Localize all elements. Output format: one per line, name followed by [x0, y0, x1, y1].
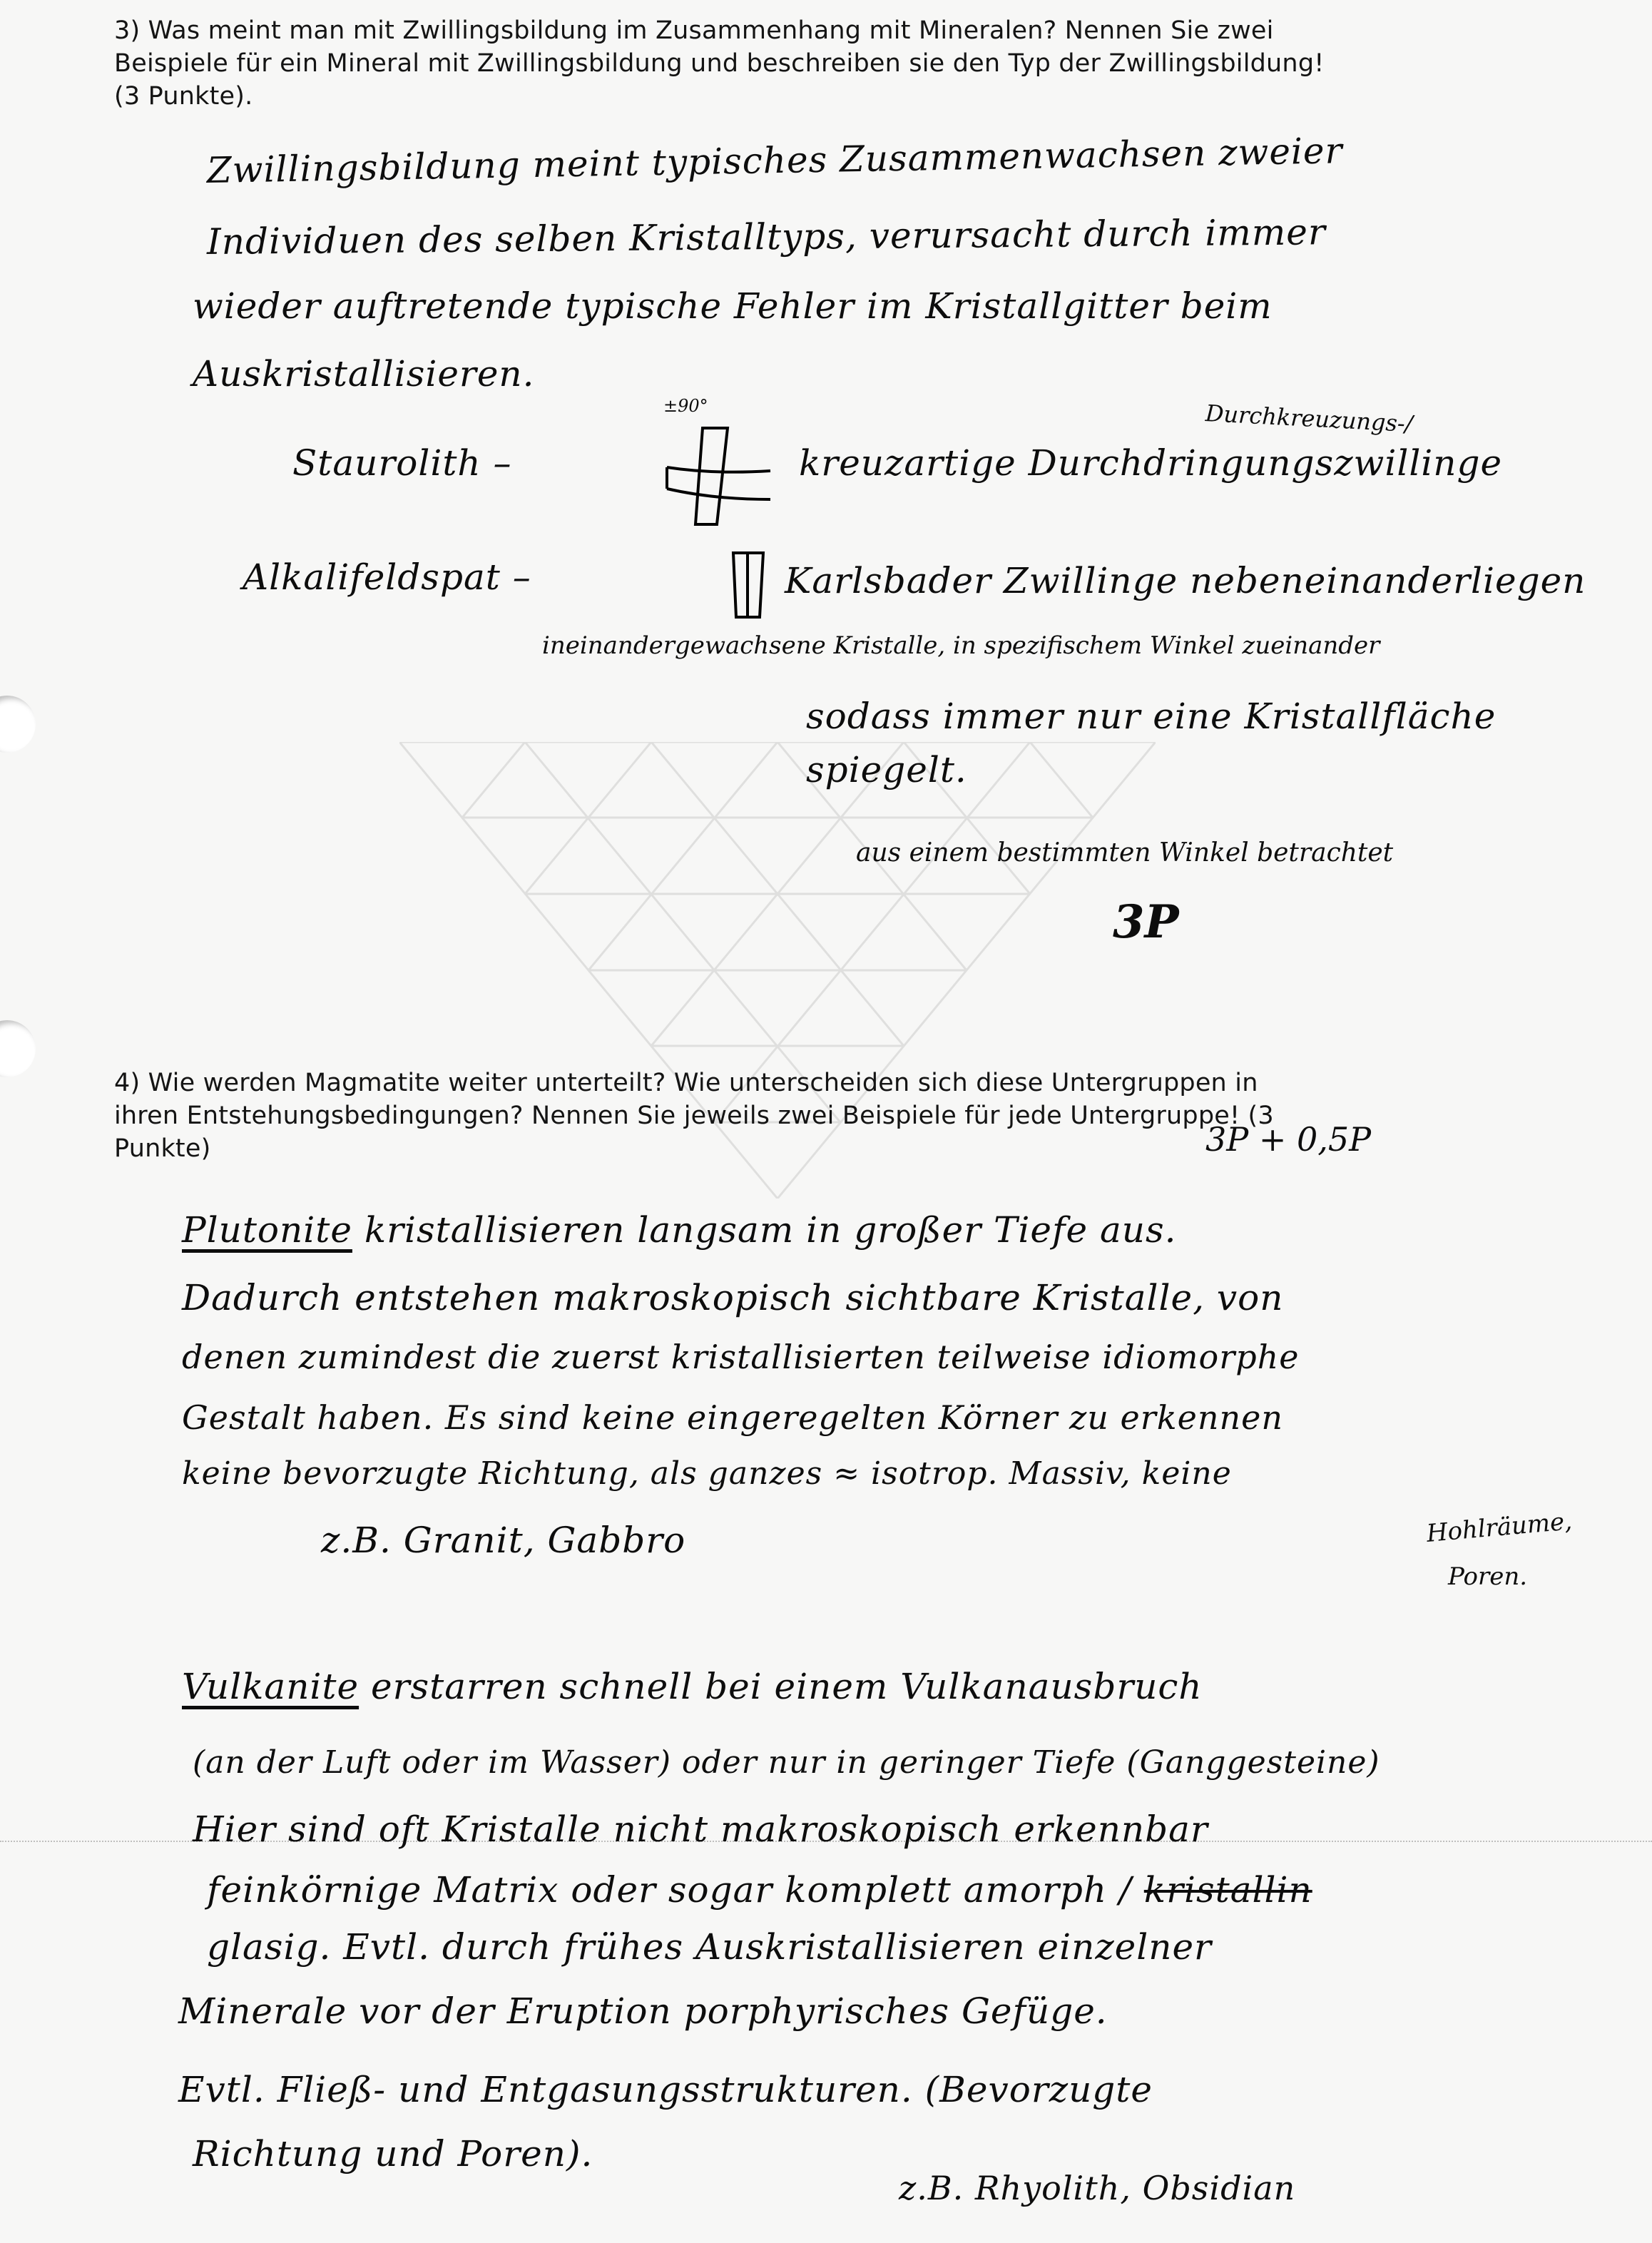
vulkanite-line-4: feinkörnige Matrix oder sogar komplett a… [207, 1869, 1312, 1911]
plutonite-line-2: Dadurch entstehen makroskopisch sichtbar… [182, 1277, 1283, 1318]
plutonite-line-5: keine bevorzugte Richtung, als ganzes ≈ … [182, 1455, 1232, 1492]
cross-twin-sketch-icon [656, 421, 777, 528]
plutonite-line-3: denen zumindest die zuerst kristallisier… [182, 1338, 1300, 1376]
answer-3-line-4: Auskristallisieren. [193, 353, 535, 395]
answer-3-line-1: Zwillingsbildung meint typisches Zusamme… [206, 130, 1342, 191]
alkalifeldspat-continuation-2: sodass immer nur eine Kristallfläche [806, 696, 1496, 737]
plutonite-margin-note-2: Poren. [1448, 1562, 1527, 1591]
staurolith-description: kreuzartige Durchdringungszwillinge [799, 442, 1502, 484]
plutonite-line-1: Plutonite kristallisieren langsam in gro… [182, 1209, 1177, 1251]
alkalifeldspat-continuation-1: ineinandergewachsene Kristalle, in spezi… [542, 631, 1380, 660]
vulkanite-line-8: Richtung und Poren). [193, 2133, 593, 2175]
plutonite-examples: z.B. Granit, Gabbro [321, 1520, 685, 1561]
staurolith-label: Staurolith – [292, 442, 512, 484]
question-3-line-3: (3 Punkte). [114, 80, 1469, 113]
vulkanite-text-1: erstarren schnell bei einem Vulkanausbru… [371, 1666, 1203, 1707]
vulkanite-line-1: Vulkanite erstarren schnell bei einem Vu… [182, 1666, 1203, 1707]
struck-word: kristallin [1144, 1869, 1312, 1911]
question-3-line-2: Beispiele für ein Mineral mit Zwillingsb… [114, 47, 1469, 80]
answer-3-line-2: Individuen des selben Kristalltyps, veru… [207, 211, 1326, 263]
vulkanite-line-2: (an der Luft oder im Wasser) oder nur in… [193, 1744, 1380, 1781]
alkalifeldspat-continuation-3: spiegelt. [806, 749, 967, 790]
staurolith-angle-note: ±90° [663, 396, 708, 416]
alkalifeldspat-inserted-note: aus einem bestimmten Winkel betrachtet [856, 838, 1393, 868]
plutonite-term: Plutonite [182, 1209, 352, 1251]
alkalifeldspat-description: Karlsbader Zwillinge nebeneinanderliegen [785, 560, 1586, 601]
vulkanite-term: Vulkanite [182, 1666, 359, 1707]
punch-hole-bottom [0, 1020, 36, 1077]
grade-question-4: 3P + 0,5P [1205, 1120, 1371, 1159]
vulkanite-line-7: Evtl. Fließ- und Entgasungsstrukturen. (… [178, 2069, 1153, 2110]
plutonite-line-4: Gestalt haben. Es sind keine eingeregelt… [182, 1398, 1283, 1437]
alkalifeldspat-label: Alkalifeldspat – [243, 556, 531, 598]
scanned-exam-page: 3) Was meint man mit Zwillingsbildung im… [0, 0, 1652, 2243]
carlsbad-twin-sketch-icon [728, 549, 770, 621]
question-3-text: 3) Was meint man mit Zwillingsbildung im… [114, 14, 1469, 113]
question-3-line-1: 3) Was meint man mit Zwillingsbildung im… [114, 14, 1469, 47]
punch-hole-top [0, 696, 36, 753]
staurolith-inserted-note: Durchkreuzungs-/ [1205, 400, 1413, 437]
vulkanite-line-3: Hier sind oft Kristalle nicht makroskopi… [193, 1809, 1208, 1850]
plutonite-text-1: kristallisieren langsam in großer Tiefe … [364, 1209, 1177, 1251]
vulkanite-line-6: Minerale vor der Eruption porphyrisches … [178, 1990, 1108, 2032]
grade-question-3: 3P [1113, 895, 1179, 949]
vulkanite-examples: z.B. Rhyolith, Obsidian [899, 2169, 1295, 2207]
plutonite-margin-note-1: Hohlräume, [1425, 1507, 1573, 1548]
question-4-line-1: 4) Wie werden Magmatite weiter unterteil… [114, 1067, 1469, 1099]
vulkanite-text-4: feinkörnige Matrix oder sogar komplett a… [207, 1869, 1132, 1911]
answer-3-line-3: wieder auftretende typische Fehler im Kr… [193, 285, 1273, 327]
vulkanite-line-5: glasig. Evtl. durch frühes Auskristallis… [207, 1926, 1212, 1968]
